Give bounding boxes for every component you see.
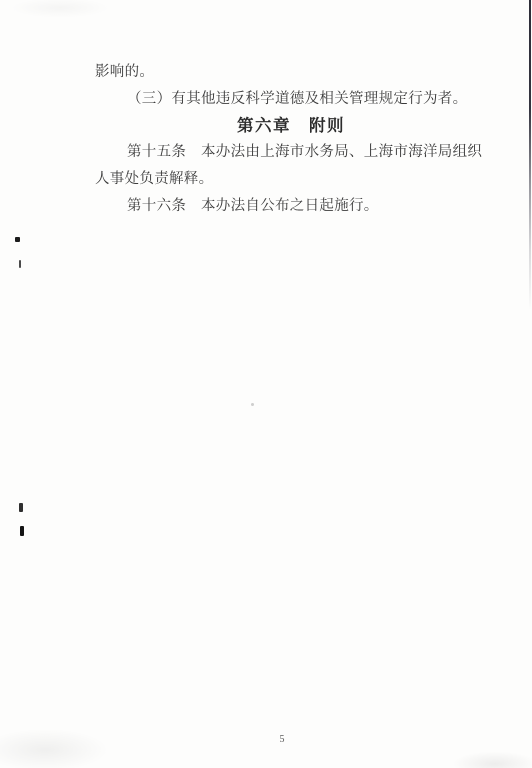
text-line-article-15-continuation: 人事处负责解释。 (95, 166, 487, 193)
page-number: 5 (272, 734, 292, 745)
chapter-heading: 第六章 附则 (95, 113, 487, 140)
scan-artifact-right-edge-line (529, 0, 531, 310)
scan-artifact-speck (20, 526, 24, 536)
scan-artifact-speck (251, 403, 254, 406)
document-text-block: 影响的。 （三）有其他违反科学道德及相关管理规定行为者。 第六章 附则 第十五条… (95, 59, 487, 220)
text-line-article-16: 第十六条 本办法自公布之日起施行。 (95, 193, 487, 220)
scan-artifact-speck (15, 237, 20, 242)
scan-artifact-speck (19, 503, 23, 512)
text-line-article-15: 第十五条 本办法由上海市水务局、上海市海洋局组织 (95, 139, 487, 166)
text-line-list-item-3: （三）有其他违反科学道德及相关管理规定行为者。 (95, 86, 487, 113)
scanned-document-page: 影响的。 （三）有其他违反科学道德及相关管理规定行为者。 第六章 附则 第十五条… (0, 0, 532, 768)
scan-artifact-speck (19, 260, 21, 268)
text-line-continuation: 影响的。 (95, 59, 487, 86)
